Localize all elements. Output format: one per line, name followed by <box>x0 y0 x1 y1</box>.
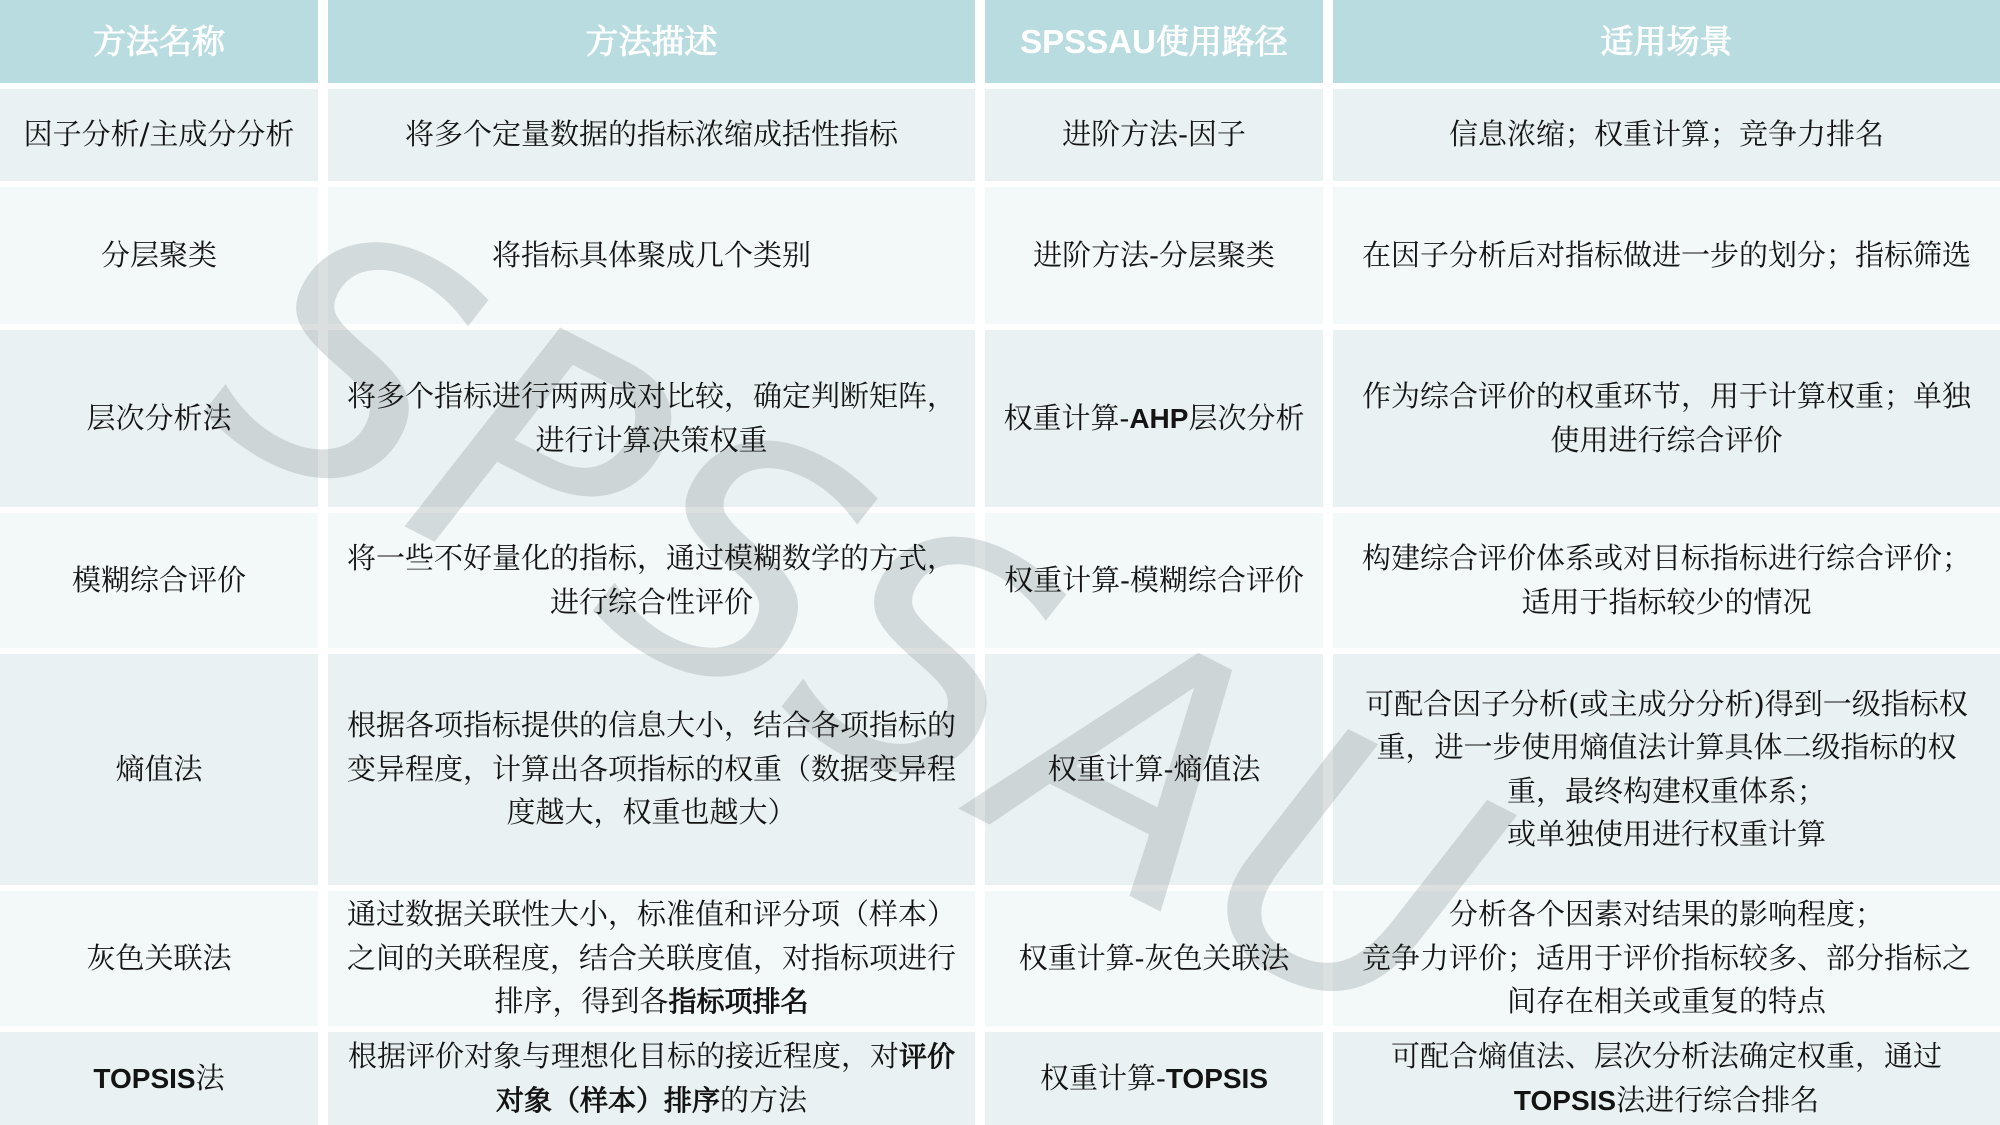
header-cell-use-scenario: 适用场景 <box>1333 0 2000 83</box>
row-2-description: 将指标具体聚成几个类别 <box>328 187 975 324</box>
row-5-path: 权重计算-熵值法 <box>985 654 1323 885</box>
row-5-method-name: 熵值法 <box>0 654 318 885</box>
row-3-scenario: 作为综合评价的权重环节，用于计算权重；单独使用进行综合评价 <box>1333 330 2000 507</box>
row-6-method-name: 灰色关联法 <box>0 891 318 1026</box>
row-7-scenario: 可配合熵值法、层次分析法确定权重，通过TOPSIS法进行综合排名 <box>1333 1032 2000 1125</box>
row-1-method-name: 因子分析/主成分分析 <box>0 89 318 181</box>
row-4-method-name: 模糊综合评价 <box>0 513 318 648</box>
row-1-path: 进阶方法-因子 <box>985 89 1323 181</box>
row-6-scenario: 分析各个因素对结果的影响程度； 竞争力评价；适用于评价指标较多、部分指标之间存在… <box>1333 891 2000 1026</box>
methods-comparison-table-page: 方法名称 方法描述 SPSSAU使用路径 适用场景 因子分析/主成分分析 将多个… <box>0 0 2000 1125</box>
row-4-scenario: 构建综合评价体系或对目标指标进行综合评价；适用于指标较少的情况 <box>1333 513 2000 648</box>
row-2-method-name: 分层聚类 <box>0 187 318 324</box>
row-2-scenario: 在因子分析后对指标做进一步的划分；指标筛选 <box>1333 187 2000 324</box>
row-3-method-name: 层次分析法 <box>0 330 318 507</box>
row-6-path: 权重计算-灰色关联法 <box>985 891 1323 1026</box>
header-cell-spssau-path: SPSSAU使用路径 <box>985 0 1323 83</box>
row-3-description: 将多个指标进行两两成对比较，确定判断矩阵，进行计算决策权重 <box>328 330 975 507</box>
header-cell-method-name: 方法名称 <box>0 0 318 83</box>
row-2-path: 进阶方法-分层聚类 <box>985 187 1323 324</box>
row-1-scenario: 信息浓缩；权重计算；竞争力排名 <box>1333 89 2000 181</box>
row-6-description: 通过数据关联性大小，标准值和评分项（样本）之间的关联程度，结合关联度值，对指标项… <box>328 891 975 1026</box>
row-7-method-name: TOPSIS法 <box>0 1032 318 1125</box>
row-1-description: 将多个定量数据的指标浓缩成括性指标 <box>328 89 975 181</box>
row-3-path: 权重计算-AHP层次分析 <box>985 330 1323 507</box>
header-cell-method-description: 方法描述 <box>328 0 975 83</box>
row-4-description: 将一些不好量化的指标，通过模糊数学的方式，进行综合性评价 <box>328 513 975 648</box>
row-7-path: 权重计算-TOPSIS <box>985 1032 1323 1125</box>
methods-table: 方法名称 方法描述 SPSSAU使用路径 适用场景 因子分析/主成分分析 将多个… <box>0 0 2000 1125</box>
row-5-scenario: 可配合因子分析(或主成分分析)得到一级指标权重，进一步使用熵值法计算具体二级指标… <box>1333 654 2000 885</box>
row-5-description: 根据各项指标提供的信息大小，结合各项指标的变异程度，计算出各项指标的权重（数据变… <box>328 654 975 885</box>
row-4-path: 权重计算-模糊综合评价 <box>985 513 1323 648</box>
row-7-description: 根据评价对象与理想化目标的接近程度，对评价对象（样本）排序的方法 <box>328 1032 975 1125</box>
